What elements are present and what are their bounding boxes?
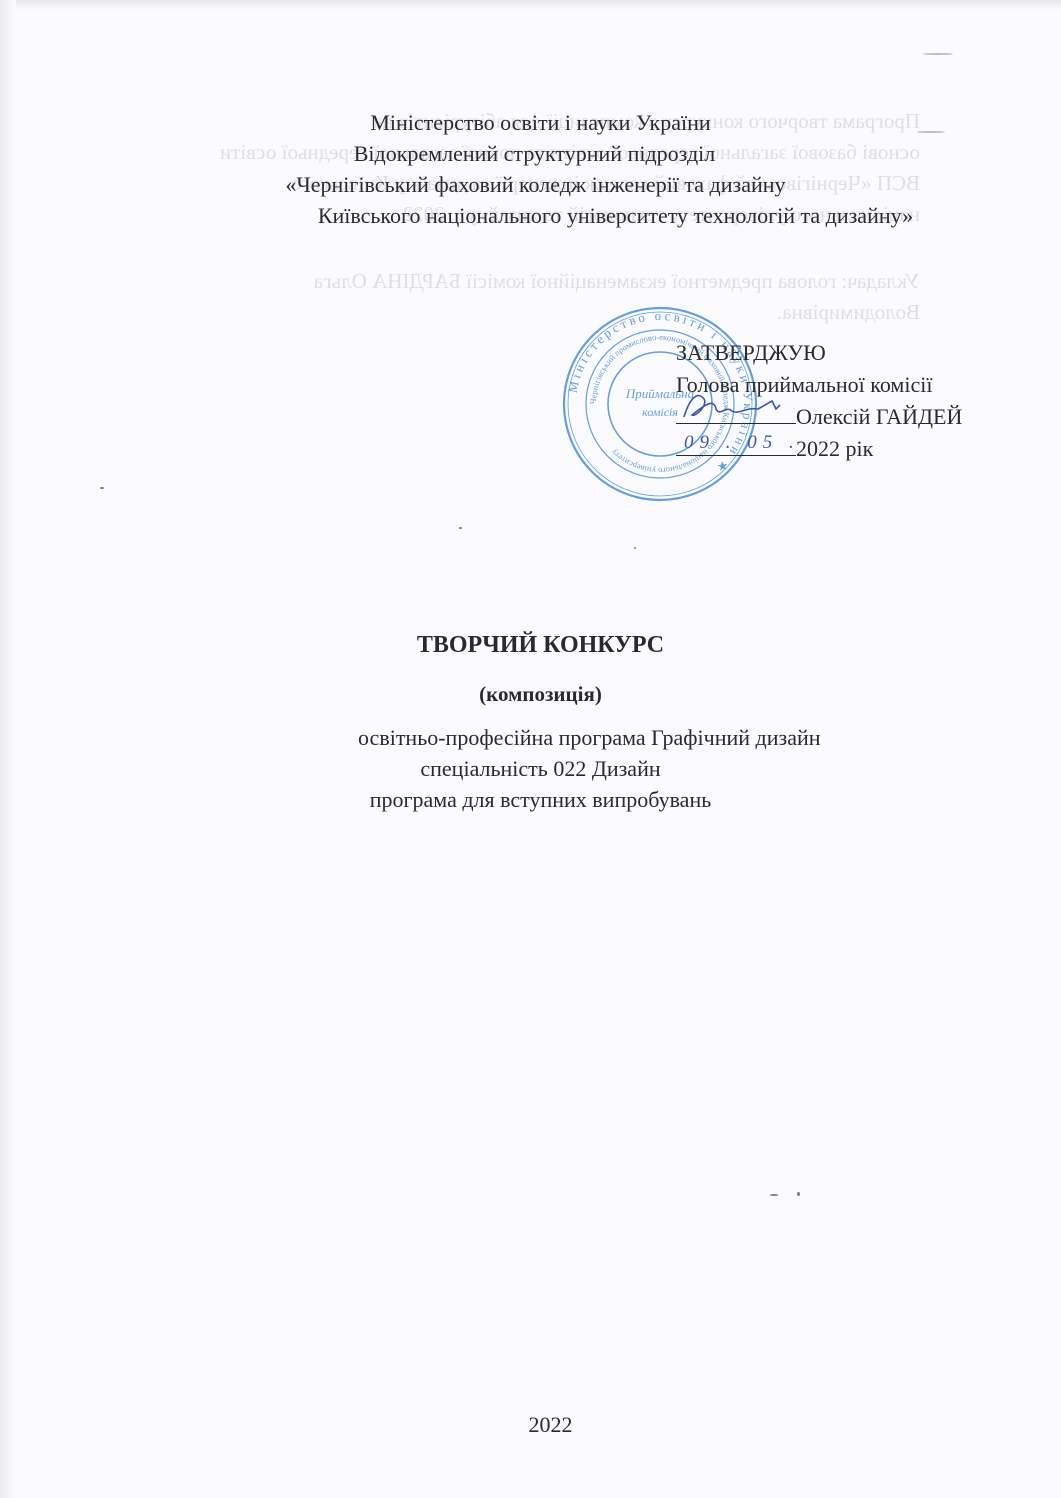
svg-text:комісія: комісія <box>642 405 678 419</box>
document-subtitle: (композиція) <box>0 682 1061 707</box>
bleed-line: Укладач: голова предметної екзаменаційно… <box>80 266 920 297</box>
specialty: спеціальність 022 Дизайн <box>0 753 1061 784</box>
scan-speck <box>923 53 953 55</box>
date-line: 2022 рік 09 . 05 . <box>676 433 962 465</box>
handwritten-date: 09 . 05 . <box>684 427 800 459</box>
institution-header: Міністерство освіти і науки України Відо… <box>0 107 1061 231</box>
scan-speck <box>634 547 636 549</box>
document-purpose: програма для вступних випробувань <box>0 784 1061 815</box>
bleed-through-text-2: Укладач: голова предметної екзаменаційно… <box>80 266 920 328</box>
bleed-line: Володимирівна. <box>80 297 920 328</box>
approval-block: ЗАТВЕРДЖУЮ Голова приймальної комісії Ол… <box>676 337 962 465</box>
document-title: ТВОРЧИЙ КОНКУРС <box>0 632 1061 659</box>
scan-speck <box>917 131 945 133</box>
ministry-name: Міністерство освіти і науки України <box>0 107 1061 138</box>
college-name: «Чернігівський фаховий коледж інженерії … <box>0 169 1061 200</box>
program-name: освітньо-професійна програма Графічний д… <box>358 722 821 753</box>
unit-name: Відокремлений структурний підрозділ <box>0 138 1061 169</box>
approve-label: ЗАТВЕРДЖУЮ <box>676 337 962 369</box>
scan-speck <box>100 487 104 489</box>
scan-edge-top <box>0 0 1061 10</box>
scan-speck <box>770 1194 778 1196</box>
approver-name: Олексій ГАЙДЕЙ <box>796 404 962 429</box>
university-name: Київського національного університету те… <box>0 200 1061 231</box>
approval-year: 2022 рік <box>796 436 873 461</box>
signature-icon <box>676 387 806 427</box>
document-year: 2022 <box>0 1412 1061 1438</box>
scan-speck <box>797 1192 800 1196</box>
scan-speck <box>459 527 462 529</box>
